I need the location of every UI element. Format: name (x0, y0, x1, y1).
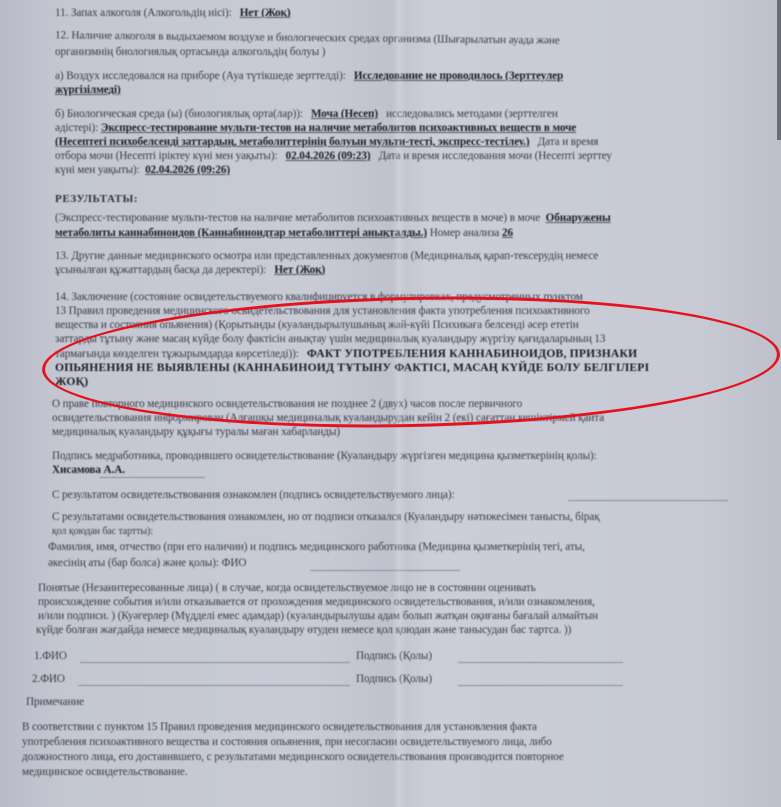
item-12b-collection-kz: отбора мочи (Несепті іріктеу күні мен уа… (55, 150, 278, 162)
acknowledged-signature-line (568, 500, 728, 501)
item-12b-test-kz: күні мен уақыты): (55, 164, 140, 176)
fio-medic-line1: Фамилия, имя, отчество (при его наличии)… (48, 541, 585, 554)
item-12b-line1: б) Биологическая среда (ы) (биологиялық … (55, 108, 558, 121)
item-12b-collection-label: Дата и время (538, 136, 599, 148)
witness-1-fio: 1.ФИО (34, 650, 67, 663)
medic-name: Хисамова А.А. (52, 464, 125, 477)
fio-medic-line2: әкесінің аты (бар болса) және қолы): ФИО (48, 557, 246, 570)
item-12b-test-label: Дата и время исследования мочи (Несепті … (379, 150, 612, 162)
witness-1-sign-line[interactable] (458, 662, 623, 663)
witness-2-fio: 2.ФИО (32, 673, 65, 686)
analysis-number-label: Номер анализа (430, 227, 500, 239)
results-line1: (Экспресс-тестирование мульти-тестов на … (55, 212, 611, 225)
fio-label: ФИО (222, 557, 247, 569)
fio-medic-signature-line (310, 570, 460, 571)
item-11-label: 11. Запах алкоголя (Алкогольдің иісі): (55, 7, 232, 19)
medic-signature-label: Подпись медработника, проводившего освид… (52, 450, 597, 463)
refused-line2: қол қоюдан бас тартты): (52, 525, 153, 538)
note-line1: В соответствии с пунктом 15 Правил прове… (22, 721, 537, 734)
item-13-value: Нет (Жоқ) (274, 264, 325, 276)
witness-1-fio-line[interactable] (80, 662, 350, 663)
item-12b-label: б) Биологическая среда (ы) (биологиялық … (55, 108, 303, 120)
note-heading: Примечание (26, 696, 84, 709)
item-12b-medium: Моча (Несеп) (311, 108, 378, 120)
refused-line1: С результатами освидетельствования ознак… (52, 511, 600, 524)
medic-signature-line (100, 477, 205, 478)
collection-datetime: 02.04.2026 (09:23) (286, 150, 371, 162)
witnesses-line2: происхождение события и/или отказывается… (38, 596, 595, 609)
item-11-value: Нет (Жоқ) (240, 7, 291, 19)
item-13-line2: ұсынылған құжаттардың басқа да деректері… (55, 264, 325, 277)
witness-2-fio-line[interactable] (78, 685, 350, 686)
item-13-label: ұсынылған құжаттардың басқа да деректері… (55, 264, 266, 276)
witnesses-line3: и/или подписи. ) (Куәгерлер (Мүдделі еме… (38, 610, 598, 623)
item-12b-method-kz: (Несептегі психобелсенді заттардың, мета… (55, 136, 530, 148)
repeat-line3: медициналық куәландыру құқығы туралы мағ… (52, 426, 340, 439)
item-12a-line1: а) Воздух исследовался на приборе (Ауа т… (55, 70, 563, 83)
item-13-line1: 13. Другие данные медицинского осмотра и… (55, 250, 598, 263)
item-12a-label: а) Воздух исследовался на приборе (Ауа т… (55, 70, 346, 82)
item-12b-line3: (Несептегі психобелсенді заттардың, мета… (55, 136, 598, 149)
fio-medic-label: әкесінің аты (бар болса) және қолы): (48, 557, 219, 569)
note-line2: употребления психоактивного вещества и с… (22, 736, 552, 749)
item-12b-line5: күні мен уақыты): 02.04.2026 (09:26) (55, 164, 230, 177)
item-12b-methods-kz: әдістері): (55, 122, 98, 134)
item-11: 11. Запах алкоголя (Алкогольдің иісі): Н… (55, 7, 290, 20)
item-12b-line2: әдістері): Экспресс-тестирование мульти-… (55, 122, 576, 135)
item-12b-methods-label: исследовались методами (зерттелген (386, 108, 558, 120)
witness-2-sign-line[interactable] (458, 685, 623, 686)
item-12b-method: Экспресс-тестирование мульти-тестов на н… (101, 122, 576, 134)
item-12a-value: Исследование не проводилось (Зерттеулер (354, 70, 563, 82)
test-datetime: 02.04.2026 (09:26) (145, 164, 230, 176)
witnesses-line4: күйде болған жағдайда немесе медициналық… (36, 624, 571, 637)
results-text: (Экспресс-тестирование мульти-тестов на … (55, 212, 540, 224)
witnesses-line1: Понятые (Незаинтересованные лица) ( в сл… (38, 582, 536, 595)
results-finding: Обнаружены (546, 212, 611, 224)
item-12-line1: 12. Наличие алкоголя в выдыхаемом воздух… (55, 29, 560, 47)
analysis-number: 26 (502, 227, 513, 239)
results-line2: метаболиты каннабиноидов (Каннабиноидтар… (55, 227, 513, 240)
note-line3: должностного лица, его доставившего, с р… (22, 751, 564, 764)
results-heading: РЕЗУЛЬТАТЫ: (55, 193, 138, 206)
results-finding-cont: метаболиты каннабиноидов (Каннабиноидтар… (55, 227, 427, 239)
item-12b-line4: отбора мочи (Несепті іріктеу күні мен уа… (55, 150, 612, 163)
item-12-line2: организмнің биологиялық ортасында алкого… (55, 46, 325, 59)
note-line4: медицинское освидетельствование. (22, 766, 187, 779)
item-12a-value-cont: жүргізілмеді) (55, 84, 121, 97)
